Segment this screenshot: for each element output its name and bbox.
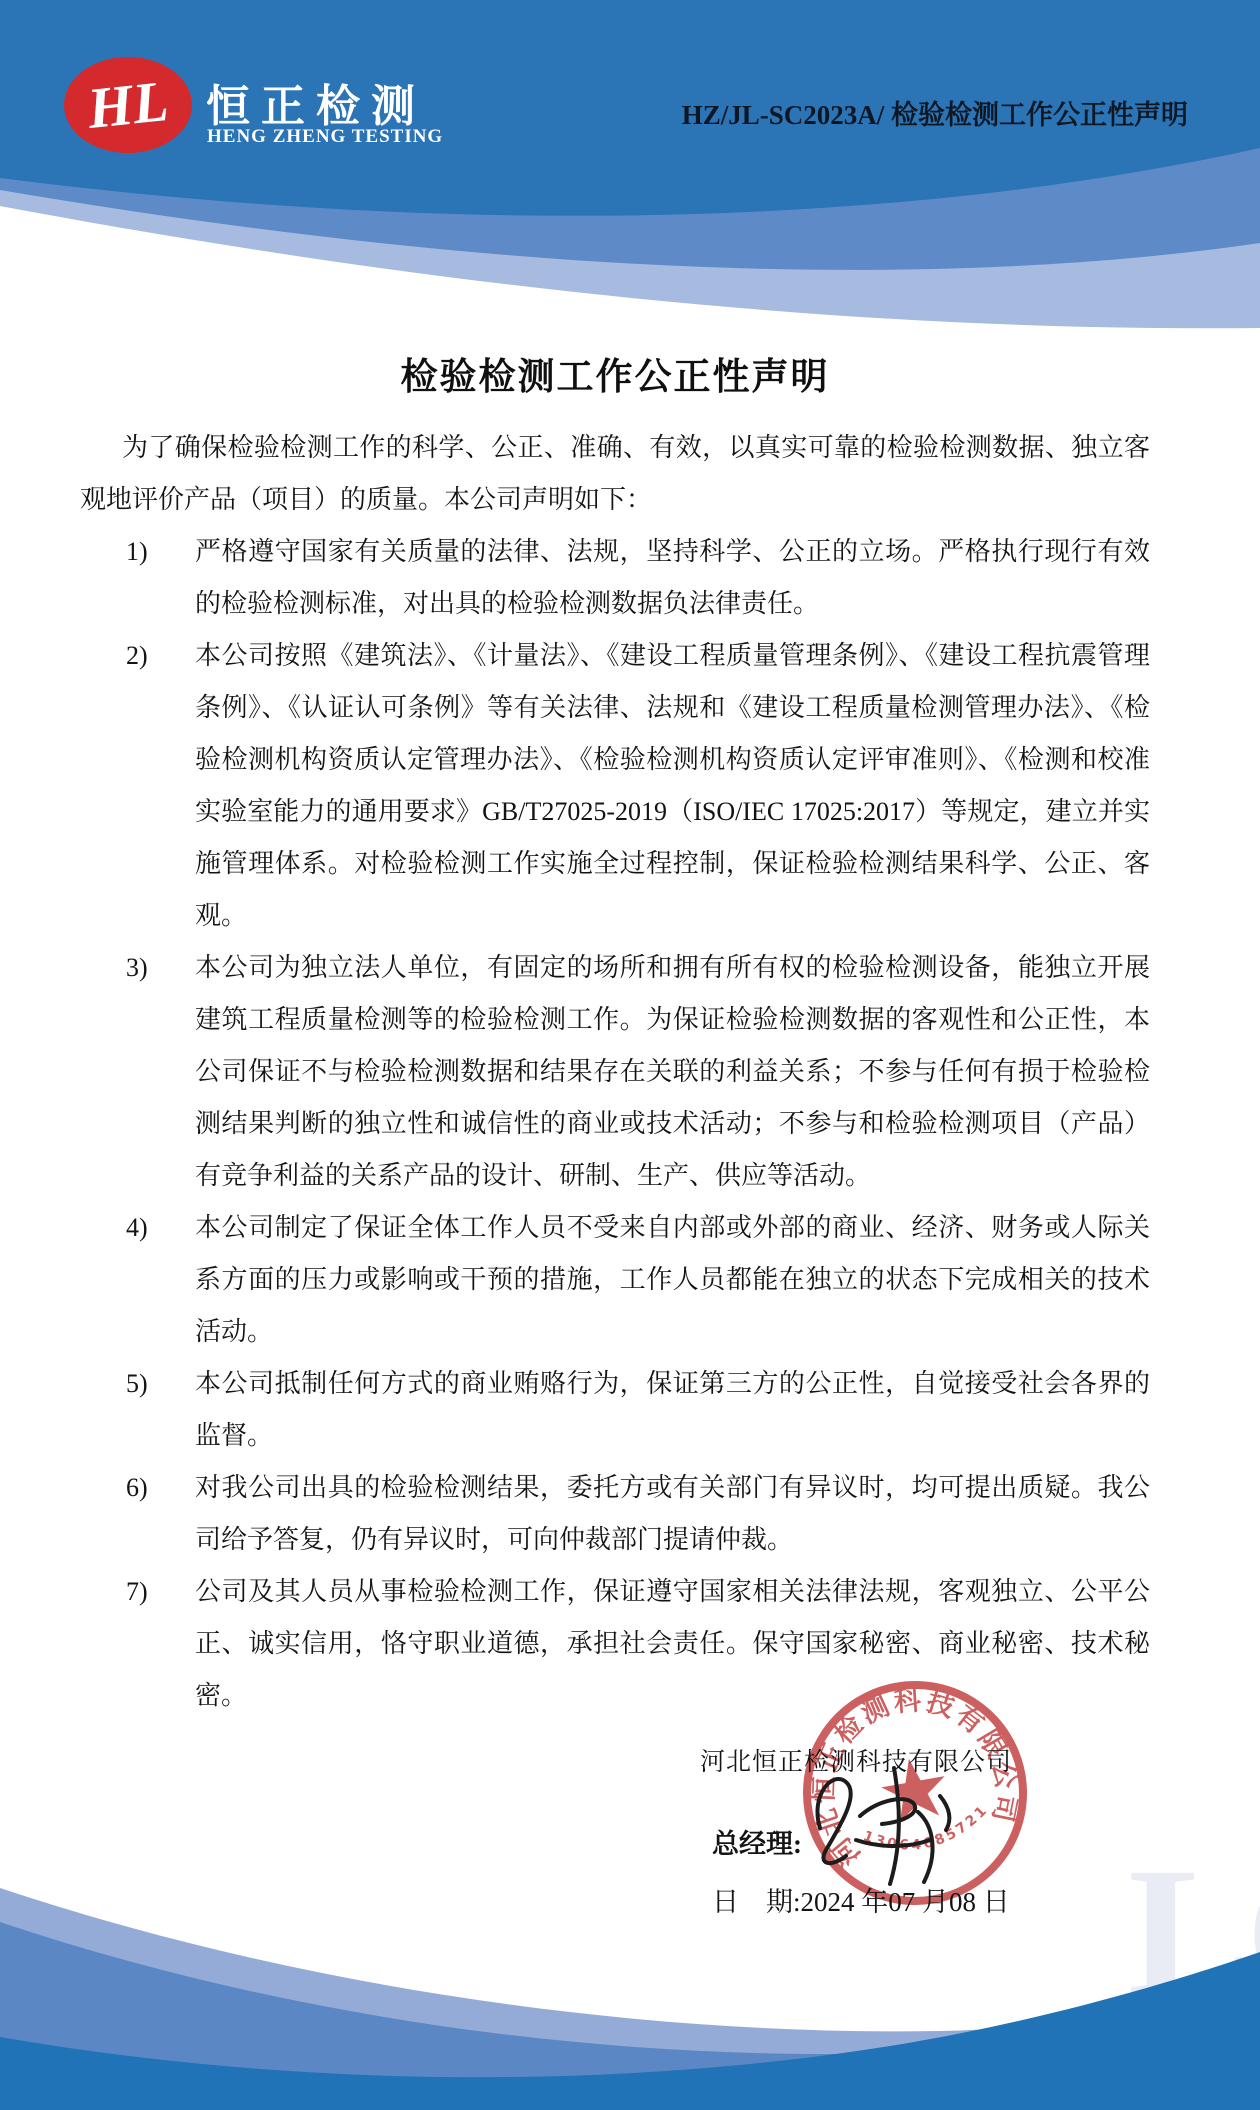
document-body: 检验检测工作公正性声明 为了确保检验检测工作的科学、公正、准确、有效，以真实可靠…	[80, 346, 1150, 1722]
page-title: 检验检测工作公正性声明	[80, 346, 1150, 400]
intro-paragraph: 为了确保检验检测工作的科学、公正、准确、有效，以真实可靠的检验检测数据、独立客观…	[80, 422, 1150, 526]
logo-monogram: HL	[84, 68, 172, 141]
item-number: 2)	[80, 630, 195, 942]
item-number: 6)	[80, 1462, 195, 1566]
item-number: 3)	[80, 942, 195, 1202]
logo-name-en: HENG ZHENG TESTING	[207, 126, 443, 148]
item-text: 本公司为独立法人单位，有固定的场所和拥有所有权的检验检测设备，能独立开展建筑工程…	[195, 942, 1150, 1202]
logo-oval-icon: HL	[62, 54, 194, 156]
document-code: HZ/JL-SC2023A/ 检验检测工作公正性声明	[682, 93, 1188, 132]
item-text: 本公司按照《建筑法》、《计量法》、《建设工程质量管理条例》、《建设工程抗震管理条…	[195, 630, 1150, 942]
list-item: 4)本公司制定了保证全体工作人员不受来自内部或外部的商业、经济、财务或人际关系方…	[80, 1202, 1150, 1358]
statement-list: 1)严格遵守国家有关质量的法律、法规，坚持科学、公正的立场。严格执行现行有效的检…	[80, 526, 1150, 1722]
list-item: 2)本公司按照《建筑法》、《计量法》、《建设工程质量管理条例》、《建设工程抗震管…	[80, 630, 1150, 942]
item-number: 1)	[80, 526, 195, 630]
logo-name-cn: 恒正检测	[206, 70, 426, 134]
item-text: 本公司制定了保证全体工作人员不受来自内部或外部的商业、经济、财务或人际关系方面的…	[195, 1202, 1150, 1358]
footer-wave-graphic	[0, 1830, 1260, 2110]
manager-signature	[800, 1756, 975, 1891]
header-wave-graphic	[0, 0, 1260, 340]
item-text: 对我公司出具的检验检测结果，委托方或有关部门有异议时，均可提出质疑。我公司给予答…	[195, 1462, 1150, 1566]
item-number: 5)	[80, 1358, 195, 1462]
item-number: 7)	[80, 1566, 195, 1722]
item-text: 严格遵守国家有关质量的法律、法规，坚持科学、公正的立场。严格执行现行有效的检验检…	[195, 526, 1150, 630]
declaration-page: HL 恒正检测 HENG ZHENG TESTING HZ/JL-SC2023A…	[0, 0, 1260, 2110]
list-item: 1)严格遵守国家有关质量的法律、法规，坚持科学、公正的立场。严格执行现行有效的检…	[80, 526, 1150, 630]
list-item: 5)本公司抵制任何方式的商业贿赂行为，保证第三方的公正性，自觉接受社会各界的监督…	[80, 1358, 1150, 1462]
item-text: 本公司抵制任何方式的商业贿赂行为，保证第三方的公正性，自觉接受社会各界的监督。	[195, 1358, 1150, 1462]
list-item: 6)对我公司出具的检验检测结果，委托方或有关部门有异议时，均可提出质疑。我公司给…	[80, 1462, 1150, 1566]
general-manager-label: 总经理:	[712, 1822, 802, 1861]
list-item: 3)本公司为独立法人单位，有固定的场所和拥有所有权的检验检测设备，能独立开展建筑…	[80, 942, 1150, 1202]
item-number: 4)	[80, 1202, 195, 1358]
